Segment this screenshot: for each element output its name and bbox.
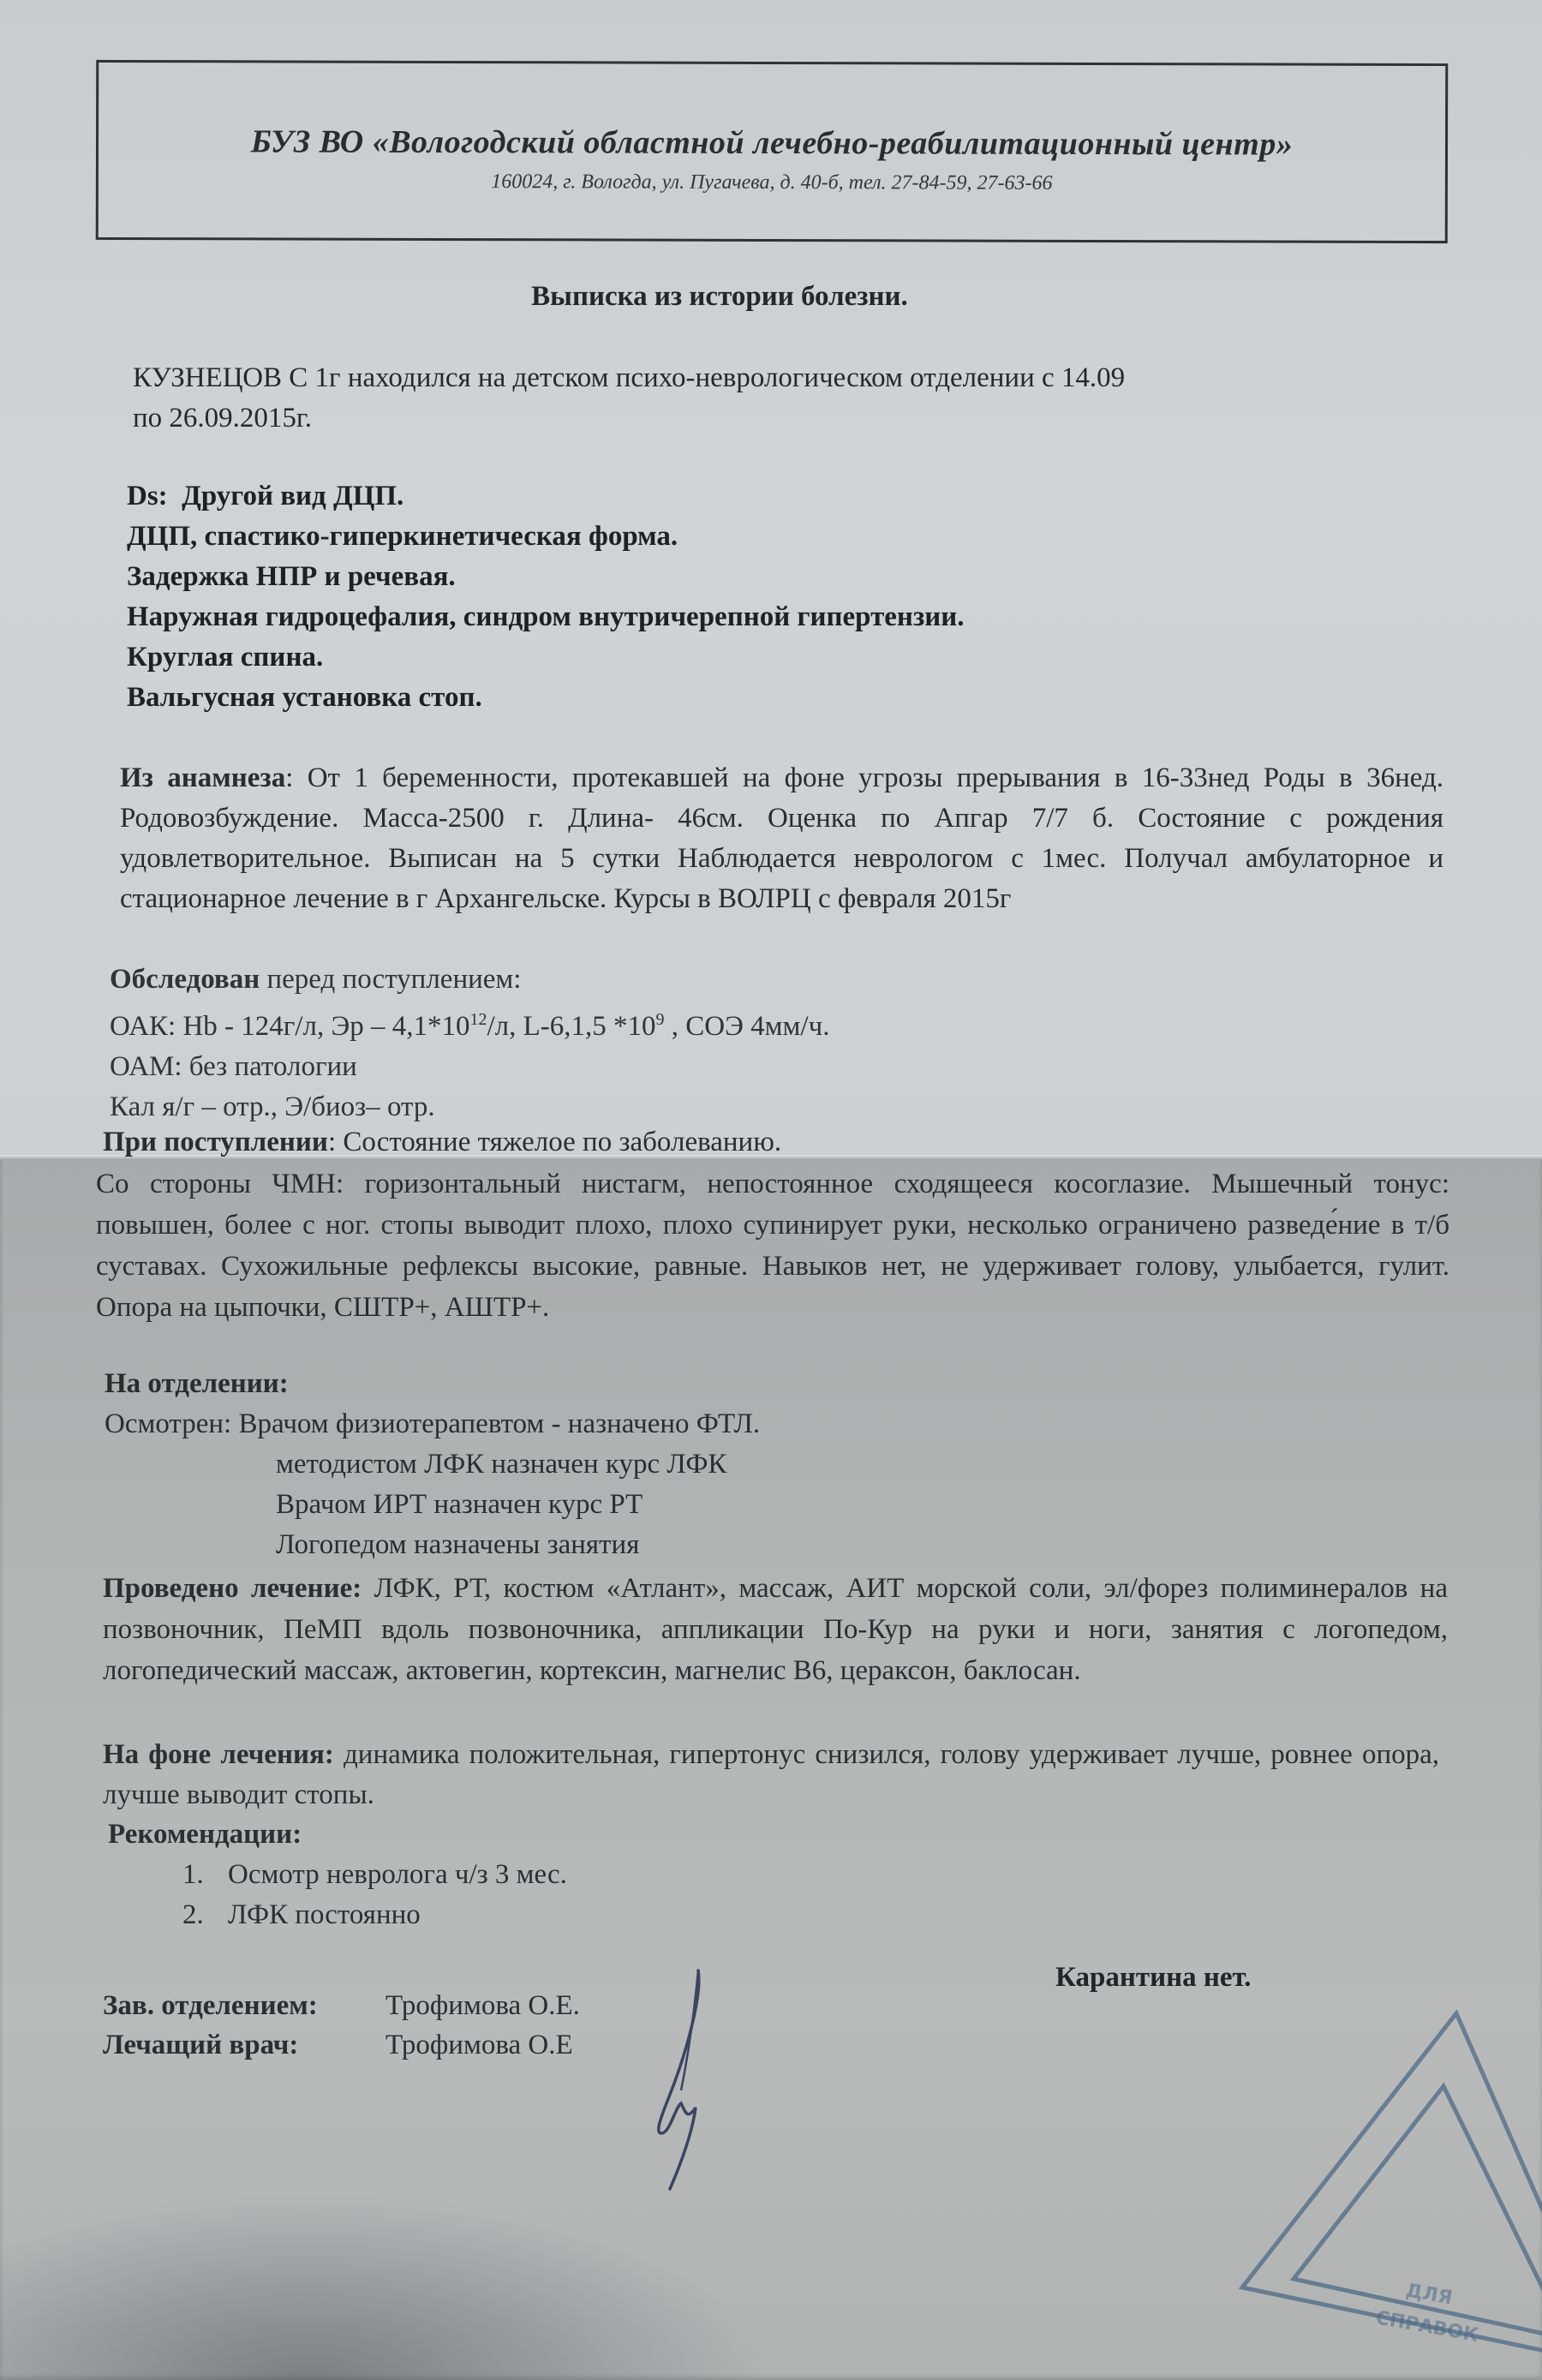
examination-section: Обследован перед поступлением: ОАК: Hb -…	[110, 960, 1446, 1127]
diagnosis-item: Круглая спина.	[127, 637, 964, 678]
anamnesis-label: Из анамнеза	[120, 762, 285, 793]
diagnosis-item: ДЦП, спастико-гиперкинетическая форма.	[127, 517, 964, 557]
department-section: На отделении: Осмотрен: Врачом физиотера…	[105, 1364, 1441, 1565]
anamnesis-section: Из анамнеза: От 1 беременности, протекав…	[120, 758, 1443, 919]
outcome-section: На фоне лечения: динамика положительная,…	[103, 1735, 1439, 1815]
diagnosis-item: Наружная гидроцефалия, синдром внутричер…	[127, 597, 964, 637]
outcome-label: На фоне лечения:	[103, 1739, 334, 1770]
examined-label: Осмотрен:	[105, 1408, 238, 1439]
diagnosis-item: Задержка НПР и речевая.	[127, 557, 964, 597]
stool-test: Кал я/г – отр., Э/биоз– отр.	[110, 1087, 1446, 1127]
consult-item: Врачом ИРТ назначен курс РТ	[105, 1485, 1441, 1525]
letterhead: БУЗ ВО «Вологодский областной лечебно-ре…	[96, 60, 1449, 243]
diagnosis-item: Вальгусная установка стоп.	[127, 678, 964, 718]
admission-status: При поступлении: Состояние тяжелое по за…	[103, 1122, 1452, 1163]
anamnesis-text: : От 1 беременности, протекавшей на фоне…	[120, 762, 1443, 914]
diagnosis-section: Ds: Другой вид ДЦП. ДЦП, спастико-гиперк…	[127, 476, 964, 718]
urine-test: ОАМ: без патологии	[110, 1047, 1446, 1087]
triangle-stamp-icon: ДЛЯ СПРАВОК	[1234, 2005, 1542, 2380]
head-of-department-name: Трофимова О.Е.	[385, 1990, 580, 2021]
stamp-line-2: СПРАВОК	[1374, 2307, 1480, 2347]
treatment-section: Проведено лечение: ЛФК, РТ, костюм «Атла…	[103, 1568, 1448, 1691]
attending-doctor-name: Трофимова О.Е	[385, 2030, 573, 2060]
recommendation-item: Осмотр невролога ч/з 3 мес.	[211, 1855, 965, 1895]
consult-item: методистом ЛФК назначен курс ЛФК	[105, 1444, 1441, 1485]
patient-info: КУЗНЕЦОВ С 1г находился на детском психо…	[133, 358, 1443, 439]
patient-line-2: по 26.09.2015г.	[133, 398, 1443, 439]
document-title: Выписка из истории болезни.	[0, 281, 1439, 313]
diagnosis-item: Другой вид ДЦП.	[182, 481, 403, 511]
consult-item: Врачом физиотерапевтом - назначено ФТЛ.	[238, 1408, 760, 1439]
handwritten-signature-icon	[617, 1962, 754, 2193]
photo-shadow	[0, 2193, 771, 2380]
recommendations-section: Рекомендации: Осмотр невролога ч/з 3 мес…	[108, 1815, 965, 1935]
admission-label: При поступлении	[103, 1127, 328, 1157]
head-of-department-label: Зав. отделением:	[103, 1986, 385, 2025]
examination-label: Обследован	[110, 964, 260, 995]
quarantine-note: Карантина нет.	[1055, 1962, 1252, 1994]
diagnosis-label: Ds:	[127, 481, 168, 511]
neurological-status: Со стороны ЧМН: горизонтальный нистагм, …	[96, 1163, 1449, 1328]
blood-test: ОАК: Hb - 124г/л, Эр – 4,1*1012/л, L-6,1…	[110, 1000, 1446, 1047]
consult-item: Логопедом назначены занятия	[105, 1525, 1441, 1565]
patient-line-1: КУЗНЕЦОВ С 1г находился на детском психо…	[133, 358, 1443, 398]
organization-address: 160024, г. Вологда, ул. Пугачева, д. 40-…	[99, 170, 1445, 196]
organization-name: БУЗ ВО «Вологодский областной лечебно-ре…	[99, 123, 1445, 164]
treatment-label: Проведено лечение:	[103, 1573, 362, 1604]
department-label: На отделении:	[105, 1364, 1441, 1404]
recommendations-label: Рекомендации:	[108, 1815, 965, 1855]
recommendation-item: ЛФК постоянно	[211, 1895, 965, 1935]
attending-doctor-label: Лечащий врач:	[103, 2025, 385, 2065]
